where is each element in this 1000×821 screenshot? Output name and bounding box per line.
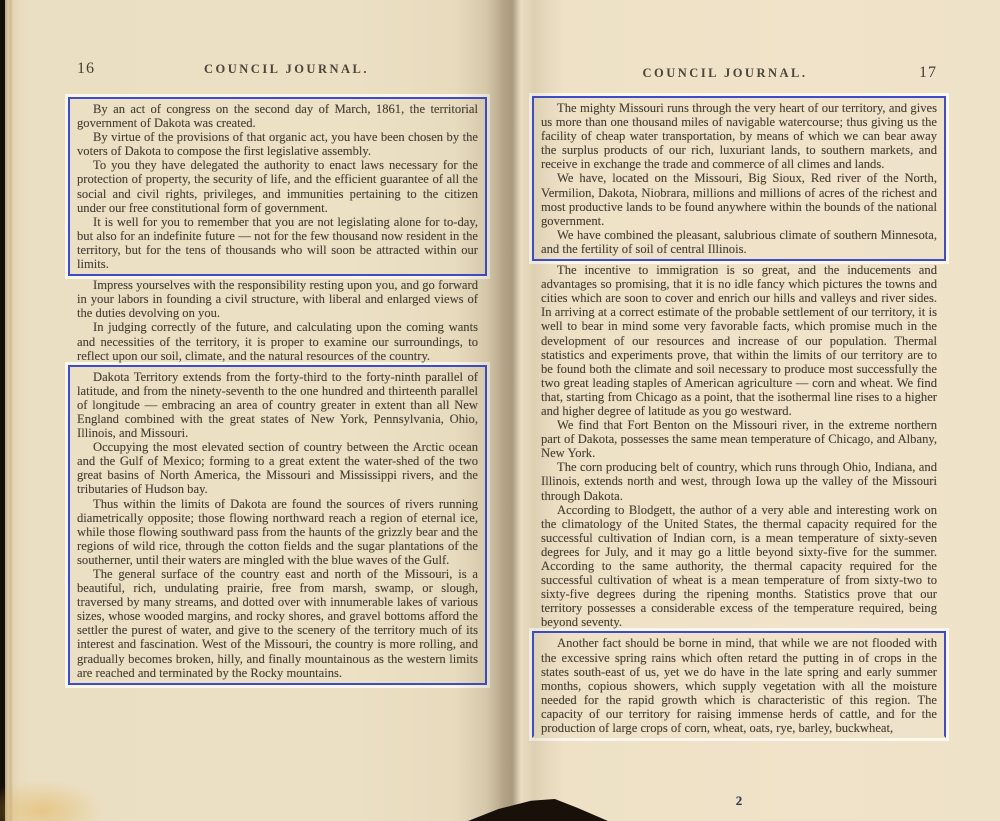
paragraph: Thus within the limits of Dakota are fou… — [77, 497, 478, 567]
left-running-title: COUNCIL JOURNAL. — [95, 62, 478, 77]
left-page-header: 16 COUNCIL JOURNAL. — [77, 60, 478, 78]
paragraph: We have combined the pleasant, salubriou… — [541, 228, 937, 256]
paragraph: By an act of congress on the second day … — [77, 102, 478, 130]
annotation-box: By an act of congress on the second day … — [68, 97, 487, 276]
left-page-number: 16 — [77, 60, 95, 78]
paragraph: The corn producing belt of country, whic… — [541, 460, 937, 502]
paragraph: We have, located on the Missouri, Big Si… — [541, 171, 937, 227]
paragraph: Dakota Territory extends from the forty-… — [77, 370, 478, 440]
annotation-box: The mighty Missouri runs through the ver… — [532, 96, 946, 261]
paragraph: Occupying the most elevated section of c… — [77, 440, 478, 496]
paragraph: The incentive to immigration is so great… — [541, 263, 937, 418]
paragraph: We find that Fort Benton on the Missouri… — [541, 418, 937, 460]
right-text-column: The mighty Missouri runs through the ver… — [541, 94, 937, 740]
text-section: The incentive to immigration is so great… — [541, 263, 937, 629]
left-text-column: By an act of congress on the second day … — [77, 95, 478, 687]
paragraph: It is well for you to remember that you … — [77, 215, 478, 271]
right-page-number: 17 — [919, 64, 937, 82]
annotation-box: Dakota Territory extends from the forty-… — [68, 365, 487, 685]
text-section: Impress yourselves with the responsibili… — [77, 278, 478, 363]
paragraph: The general surface of the country east … — [77, 567, 478, 680]
book-scan-spread: 16 COUNCIL JOURNAL. COUNCIL JOURNAL. 17 … — [0, 0, 1000, 821]
paragraph: By virtue of the provisions of that orga… — [77, 130, 478, 158]
paragraph: Impress yourselves with the responsibili… — [77, 278, 478, 320]
right-running-title: COUNCIL JOURNAL. — [541, 66, 919, 81]
annotation-box: Another fact should be borne in mind, th… — [532, 631, 946, 738]
right-page-header: COUNCIL JOURNAL. 17 — [541, 64, 937, 82]
paragraph: The mighty Missouri runs through the ver… — [541, 101, 937, 171]
paragraph: To you they have delegated the authority… — [77, 158, 478, 214]
paragraph: In judging correctly of the future, and … — [77, 320, 478, 362]
paragraph: Another fact should be borne in mind, th… — [541, 636, 937, 735]
signature-mark: 2 — [541, 793, 937, 809]
paragraph: According to Blodgett, the author of a v… — [541, 503, 937, 630]
